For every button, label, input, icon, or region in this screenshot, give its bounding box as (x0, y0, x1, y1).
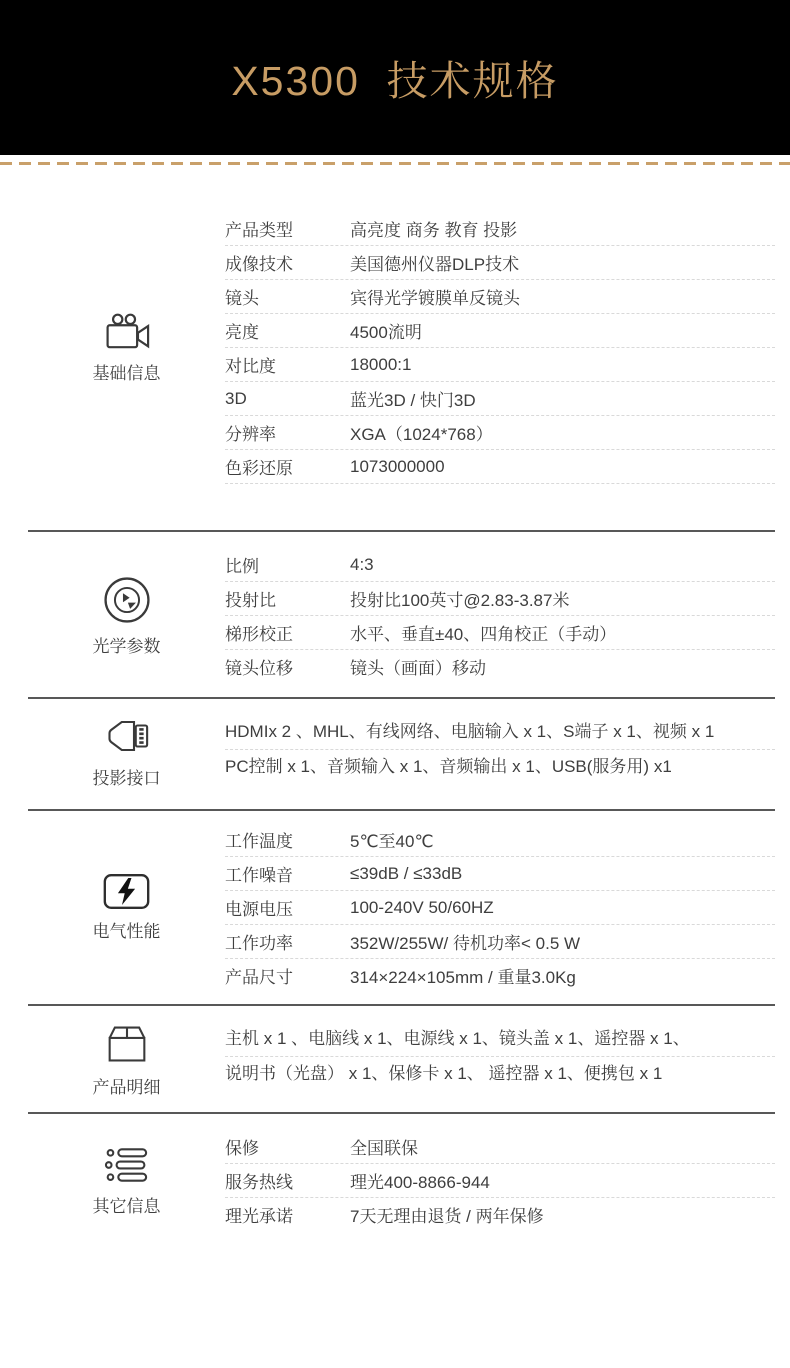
spec-line: 说明书（光盘） x 1、保修卡 x 1、 遥控器 x 1、便携包 x 1 (225, 1057, 775, 1091)
spec-label: 成像技术 (225, 250, 350, 275)
spec-row: 产品尺寸314×224×105mm / 重量3.0Kg (225, 959, 775, 992)
list-icon (104, 1145, 150, 1185)
spec-label: 服务热线 (225, 1168, 350, 1193)
spec-value: 314×224×105mm / 重量3.0Kg (350, 963, 775, 988)
spec-row: 保修全国联保 (225, 1130, 775, 1164)
lightning-icon (103, 873, 150, 910)
spec-label: 工作功率 (225, 929, 350, 954)
spec-row: 产品类型高亮度 商务 教育 投影 (225, 212, 775, 246)
section-ports: 投影接口 HDMIx 2 、MHL、有线网络、电脑输入 x 1、S端子 x 1、… (28, 697, 775, 809)
spec-label: 镜头 (225, 284, 350, 309)
spec-row: 成像技术美国德州仪器DLP技术 (225, 246, 775, 280)
spec-row: 色彩还原1073000000 (225, 450, 775, 484)
spec-label: 工作噪音 (225, 861, 350, 886)
spec-value: 1073000000 (350, 457, 775, 477)
section-electrical: 电气性能 工作温度5℃至40℃ 工作噪音≤39dB / ≤33dB 电源电压10… (28, 809, 775, 1004)
section-basic-info: 基础信息 产品类型高亮度 商务 教育 投影 成像技术美国德州仪器DLP技术 镜头… (28, 212, 775, 530)
electrical-rows: 工作温度5℃至40℃ 工作噪音≤39dB / ≤33dB 电源电压100-240… (225, 823, 775, 992)
spec-row: 3D蓝光3D / 快门3D (225, 382, 775, 416)
package-contents-lines: 主机 x 1 、电脑线 x 1、电源线 x 1、镜头盖 x 1、遥控器 x 1、… (225, 1022, 775, 1098)
spec-row: 投射比投射比100英寸@2.83-3.87米 (225, 582, 775, 616)
spec-label: 工作温度 (225, 827, 350, 852)
spec-label: 3D (225, 389, 350, 409)
spec-value: 投射比100英寸@2.83-3.87米 (350, 586, 775, 611)
spec-label: 理光承诺 (225, 1202, 350, 1227)
page-title: X5300 技术规格 (231, 48, 558, 107)
section-label: 产品明细 (93, 1073, 161, 1098)
spec-row: 工作温度5℃至40℃ (225, 823, 775, 857)
lens-icon (102, 575, 152, 625)
spec-label: 亮度 (225, 318, 350, 343)
section-other-info: 其它信息 保修全国联保 服务热线理光400-8866-944 理光承诺7天无理由… (28, 1112, 775, 1231)
spec-row: 工作噪音≤39dB / ≤33dB (225, 857, 775, 891)
spec-value: 5℃至40℃ (350, 827, 775, 852)
spec-label: 保修 (225, 1134, 350, 1159)
gold-dashed-divider (0, 162, 790, 165)
spec-value: 镜头（画面）移动 (350, 654, 775, 679)
spec-value: 100-240V 50/60HZ (350, 898, 775, 918)
section-label: 电气性能 (93, 917, 161, 942)
spec-row: 对比度18000:1 (225, 348, 775, 382)
spec-label: 产品类型 (225, 216, 350, 241)
spec-label: 镜头位移 (225, 654, 350, 679)
other-info-rows: 保修全国联保 服务热线理光400-8866-944 理光承诺7天无理由退货 / … (225, 1130, 775, 1231)
spec-row: 镜头宾得光学镀膜单反镜头 (225, 280, 775, 314)
spec-value: 7天无理由退货 / 两年保修 (350, 1202, 775, 1227)
other-info-icon-column: 其它信息 (28, 1130, 225, 1231)
spec-label: 对比度 (225, 352, 350, 377)
spec-value: ≤39dB / ≤33dB (350, 864, 775, 884)
spec-line: PC控制 x 1、音频输入 x 1、音频输出 x 1、USB(服务用) x1 (225, 750, 775, 784)
package-contents-icon-column: 产品明细 (28, 1022, 225, 1098)
spec-value: 理光400-8866-944 (350, 1168, 775, 1193)
video-camera-icon (100, 312, 154, 352)
basic-info-rows: 产品类型高亮度 商务 教育 投影 成像技术美国德州仪器DLP技术 镜头宾得光学镀… (225, 212, 775, 484)
spec-label: 电源电压 (225, 895, 350, 920)
section-label: 其它信息 (93, 1192, 161, 1217)
optical-params-rows: 比例4:3 投射比投射比100英寸@2.83-3.87米 梯形校正水平、垂直±4… (225, 548, 775, 683)
electrical-icon-column: 电气性能 (28, 823, 225, 992)
spec-label: 产品尺寸 (225, 963, 350, 988)
spec-label: 分辨率 (225, 420, 350, 445)
spec-value: 全国联保 (350, 1134, 775, 1159)
spec-row: 亮度4500流明 (225, 314, 775, 348)
basic-info-icon-column: 基础信息 (28, 212, 225, 484)
spec-label: 色彩还原 (225, 454, 350, 479)
section-label: 投影接口 (93, 764, 161, 789)
spec-label: 投射比 (225, 586, 350, 611)
section-optical-params: 光学参数 比例4:3 投射比投射比100英寸@2.83-3.87米 梯形校正水平… (28, 530, 775, 697)
spec-value: 18000:1 (350, 355, 775, 375)
spec-row: 比例4:3 (225, 548, 775, 582)
spec-row: 理光承诺7天无理由退货 / 两年保修 (225, 1198, 775, 1231)
spec-row: 服务热线理光400-8866-944 (225, 1164, 775, 1198)
spec-row: 工作功率352W/255W/ 待机功率< 0.5 W (225, 925, 775, 959)
spec-value: 宾得光学镀膜单反镜头 (350, 284, 775, 309)
ports-icon-column: 投影接口 (28, 715, 225, 789)
spec-value: 352W/255W/ 待机功率< 0.5 W (350, 929, 775, 954)
spec-value: 4:3 (350, 555, 775, 575)
spec-line: 主机 x 1 、电脑线 x 1、电源线 x 1、镜头盖 x 1、遥控器 x 1、 (225, 1022, 775, 1057)
spec-value: XGA（1024*768） (350, 420, 775, 445)
spec-row: 镜头位移镜头（画面）移动 (225, 650, 775, 683)
section-label: 光学参数 (93, 632, 161, 657)
spec-label: 梯形校正 (225, 620, 350, 645)
spec-value: 高亮度 商务 教育 投影 (350, 216, 775, 241)
connector-icon (99, 715, 155, 757)
spec-value: 美国德州仪器DLP技术 (350, 250, 775, 275)
spec-row: 分辨率XGA（1024*768） (225, 416, 775, 450)
section-label: 基础信息 (93, 359, 161, 384)
spec-content: 基础信息 产品类型高亮度 商务 教育 投影 成像技术美国德州仪器DLP技术 镜头… (28, 212, 775, 1231)
spec-row: 梯形校正水平、垂直±40、四角校正（手动） (225, 616, 775, 650)
spec-value: 蓝光3D / 快门3D (350, 386, 775, 411)
spec-value: 水平、垂直±40、四角校正（手动） (350, 620, 775, 645)
spec-sheet-page: X5300 技术规格 基础信息 产品类型高亮度 商务 教育 投影 成像技术美国德 (0, 0, 790, 1368)
spec-value: 4500流明 (350, 318, 775, 343)
spec-label: 比例 (225, 552, 350, 577)
optical-params-icon-column: 光学参数 (28, 548, 225, 683)
spec-row: 电源电压100-240V 50/60HZ (225, 891, 775, 925)
section-package-contents: 产品明细 主机 x 1 、电脑线 x 1、电源线 x 1、镜头盖 x 1、遥控器… (28, 1004, 775, 1112)
ports-lines: HDMIx 2 、MHL、有线网络、电脑输入 x 1、S端子 x 1、视频 x … (225, 715, 775, 789)
hero-header: X5300 技术规格 (0, 0, 790, 155)
package-box-icon (101, 1022, 153, 1066)
spec-line: HDMIx 2 、MHL、有线网络、电脑输入 x 1、S端子 x 1、视频 x … (225, 715, 775, 750)
